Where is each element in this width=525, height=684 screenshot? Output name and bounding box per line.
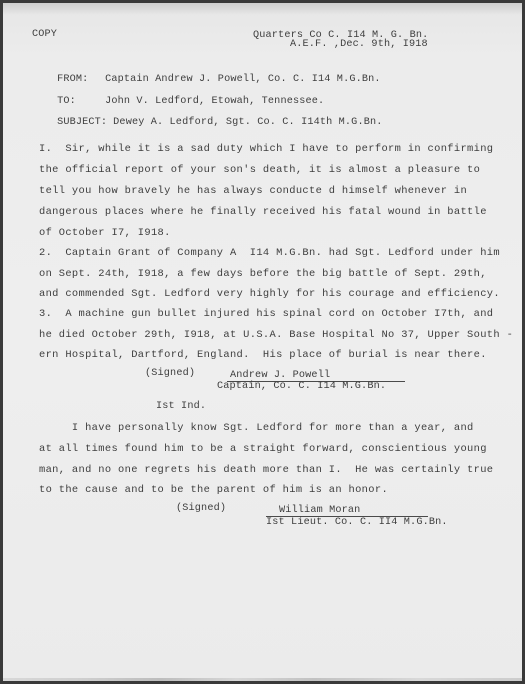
signed-label: (Signed) xyxy=(176,503,226,515)
body-line: of October I7, I918. xyxy=(39,227,171,239)
memo-subject-label: SUBJECT: xyxy=(57,117,107,129)
indorsement-line: at all times found him to be a straight … xyxy=(39,443,487,455)
copy-label: COPY xyxy=(32,29,57,41)
scanned-letter-page: COPY Quarters Co C. I14 M. G. Bn. A.E.F.… xyxy=(3,3,522,681)
body-line: on Sept. 24th, I918, a few days before t… xyxy=(39,268,487,280)
indorsement-line: to the cause and to be the parent of him… xyxy=(39,484,388,496)
indorsement-label: Ist Ind. xyxy=(156,401,206,413)
body-line: and commended Sgt. Ledford very highly f… xyxy=(39,288,500,300)
body-line: 3. A machine gun bullet injured his spin… xyxy=(39,308,493,320)
memo-subject-row: SUBJECT:Dewey A. Ledford, Sgt. Co. C. I1… xyxy=(32,105,383,141)
header-date: A.E.F. ,Dec. 9th, I918 xyxy=(290,39,428,51)
indorsement-line: man, and no one regrets his death more t… xyxy=(39,464,493,476)
body-line: dangerous places where he finally receiv… xyxy=(39,206,487,218)
scan-top-shadow xyxy=(3,3,522,15)
body-line: ern Hospital, Dartford, England. His pla… xyxy=(39,349,487,361)
body-line: the official report of your son's death,… xyxy=(39,164,480,176)
signature-title: Captain, Co. C. I14 M.G.Bn. xyxy=(217,381,386,393)
memo-subject-value: Dewey A. Ledford, Sgt. Co. C. I14th M.G.… xyxy=(113,117,382,128)
signed-label: (Signed) xyxy=(145,368,195,380)
indorsement-line: I have personally know Sgt. Ledford for … xyxy=(39,422,474,434)
body-line: he died October 29th, I918, at U.S.A. Ba… xyxy=(39,329,513,341)
body-line: 2. Captain Grant of Company A I14 M.G.Bn… xyxy=(39,247,500,259)
body-line: I. Sir, while it is a sad duty which I h… xyxy=(39,143,493,155)
signature-title: Ist Lieut. Co. C. II4 M.G.Bn. xyxy=(266,517,448,529)
scan-bottom-edge xyxy=(3,678,522,681)
body-line: tell you how bravely he has always condu… xyxy=(39,185,467,197)
